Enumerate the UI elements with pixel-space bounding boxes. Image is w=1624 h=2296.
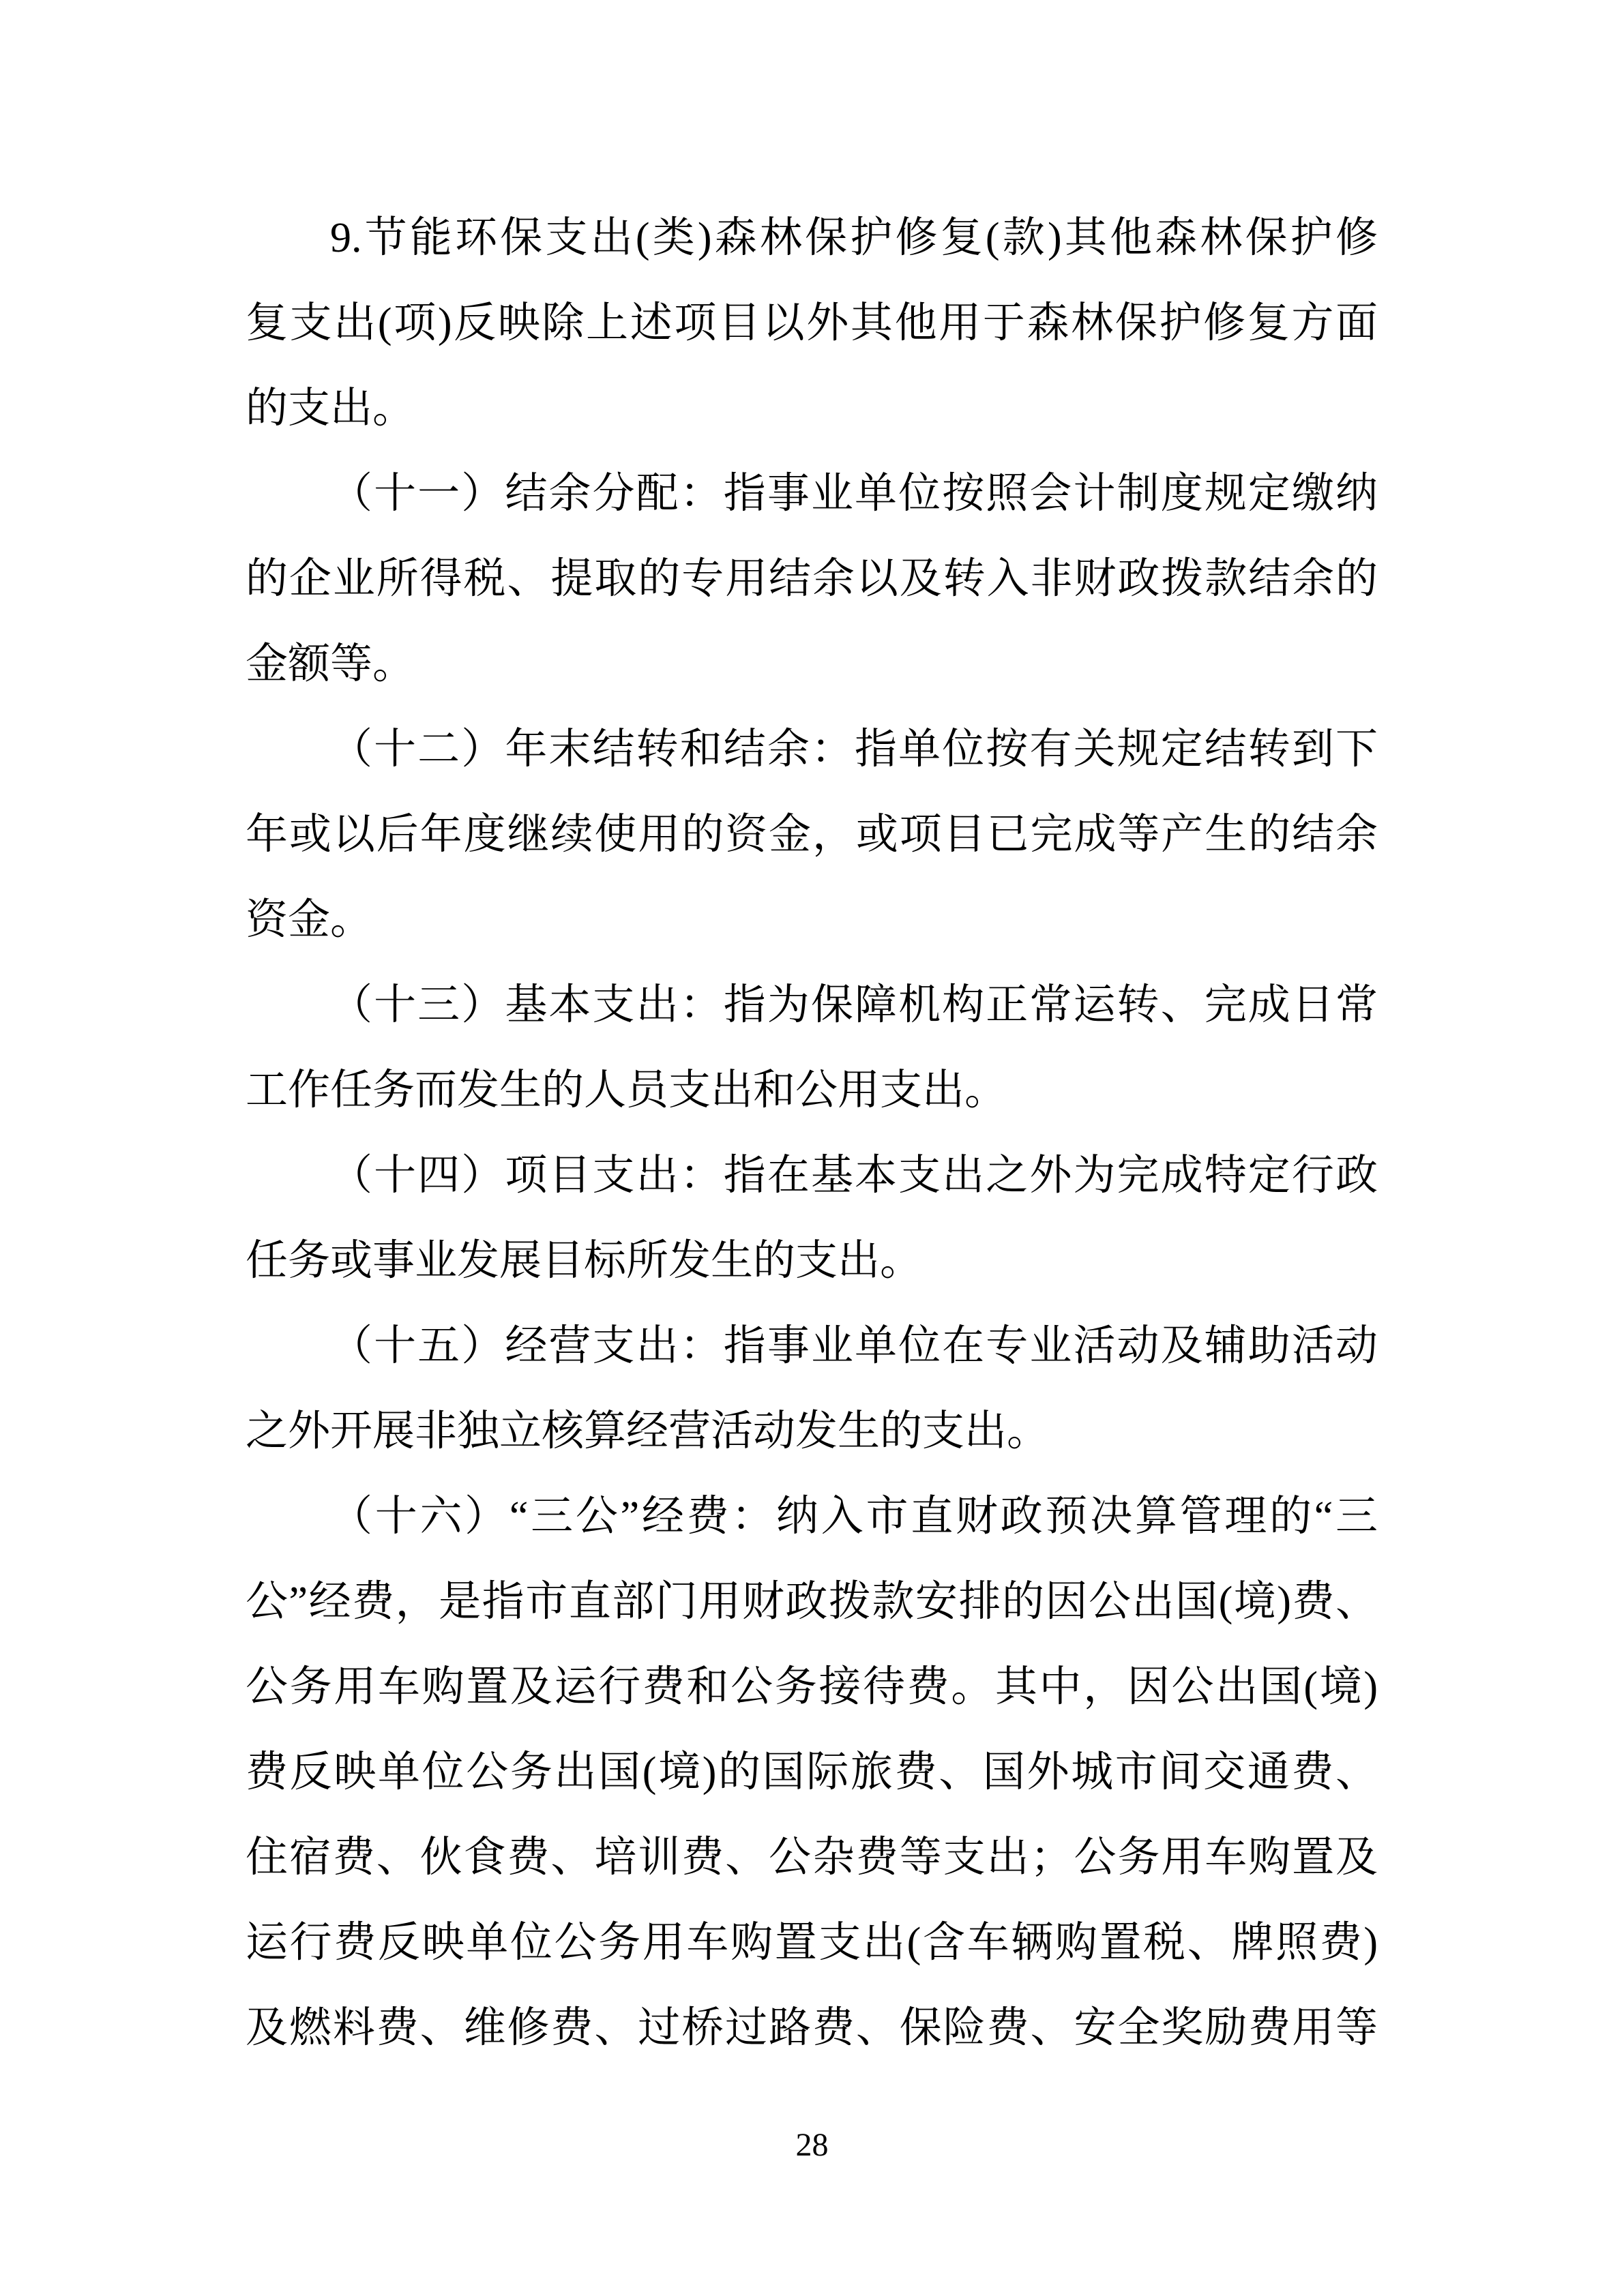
paragraph: （十五）经营支出：指事业单位在专业活动及辅助活动之外开展非独立核算经营活动发生的… xyxy=(246,1304,1378,1474)
text-line: 9.节能环保支出(类)森林保护修复(款)其他森林保护修 xyxy=(246,196,1378,281)
text-line: 资金。 xyxy=(246,878,1378,963)
text-line: 之外开展非独立核算经营活动发生的支出。 xyxy=(246,1389,1378,1474)
text-line: （十二）年末结转和结余：指单位按有关规定结转到下 xyxy=(246,707,1378,792)
text-line: （十五）经营支出：指事业单位在专业活动及辅助活动 xyxy=(246,1304,1378,1389)
text-line: 运行费反映单位公务用车购置支出(含车辆购置税、牌照费) xyxy=(246,1900,1378,1986)
text-line: （十一）结余分配：指事业单位按照会计制度规定缴纳 xyxy=(246,451,1378,537)
text-line: 公”经费，是指市直部门用财政拨款安排的因公出国(境)费、 xyxy=(246,1560,1378,1645)
text-line: 任务或事业发展目标所发生的支出。 xyxy=(246,1219,1378,1304)
paragraph: （十三）基本支出：指为保障机构正常运转、完成日常工作任务而发生的人员支出和公用支… xyxy=(246,963,1378,1133)
paragraph: （十一）结余分配：指事业单位按照会计制度规定缴纳的企业所得税、提取的专用结余以及… xyxy=(246,451,1378,707)
text-line: 的支出。 xyxy=(246,366,1378,451)
text-line: 及燃料费、维修费、过桥过路费、保险费、安全奖励费用等 xyxy=(246,1986,1378,2071)
text-line: 住宿费、伙食费、培训费、公杂费等支出；公务用车购置及 xyxy=(246,1815,1378,1900)
paragraph: 9.节能环保支出(类)森林保护修复(款)其他森林保护修复支出(项)反映除上述项目… xyxy=(246,196,1378,451)
paragraph: （十二）年末结转和结余：指单位按有关规定结转到下年或以后年度继续使用的资金，或项… xyxy=(246,707,1378,963)
text-line: 工作任务而发生的人员支出和公用支出。 xyxy=(246,1048,1378,1133)
page-number: 28 xyxy=(0,2126,1624,2164)
paragraph: （十六）“三公”经费：纳入市直财政预决算管理的“三公”经费，是指市直部门用财政拨… xyxy=(246,1474,1378,2071)
text-line: 金额等。 xyxy=(246,622,1378,707)
text-line: 复支出(项)反映除上述项目以外其他用于森林保护修复方面 xyxy=(246,281,1378,366)
document-page: 9.节能环保支出(类)森林保护修复(款)其他森林保护修复支出(项)反映除上述项目… xyxy=(0,0,1624,2296)
text-line: 公务用车购置及运行费和公务接待费。其中，因公出国(境) xyxy=(246,1645,1378,1730)
text-line: 的企业所得税、提取的专用结余以及转入非财政拨款结余的 xyxy=(246,537,1378,622)
paragraph: （十四）项目支出：指在基本支出之外为完成特定行政任务或事业发展目标所发生的支出。 xyxy=(246,1133,1378,1304)
text-line: （十六）“三公”经费：纳入市直财政预决算管理的“三 xyxy=(246,1474,1378,1560)
text-line: （十四）项目支出：指在基本支出之外为完成特定行政 xyxy=(246,1133,1378,1219)
text-line: （十三）基本支出：指为保障机构正常运转、完成日常 xyxy=(246,963,1378,1048)
body-text: 9.节能环保支出(类)森林保护修复(款)其他森林保护修复支出(项)反映除上述项目… xyxy=(246,196,1378,2071)
text-line: 费反映单位公务出国(境)的国际旅费、国外城市间交通费、 xyxy=(246,1730,1378,1815)
text-line: 年或以后年度继续使用的资金，或项目已完成等产生的结余 xyxy=(246,792,1378,878)
